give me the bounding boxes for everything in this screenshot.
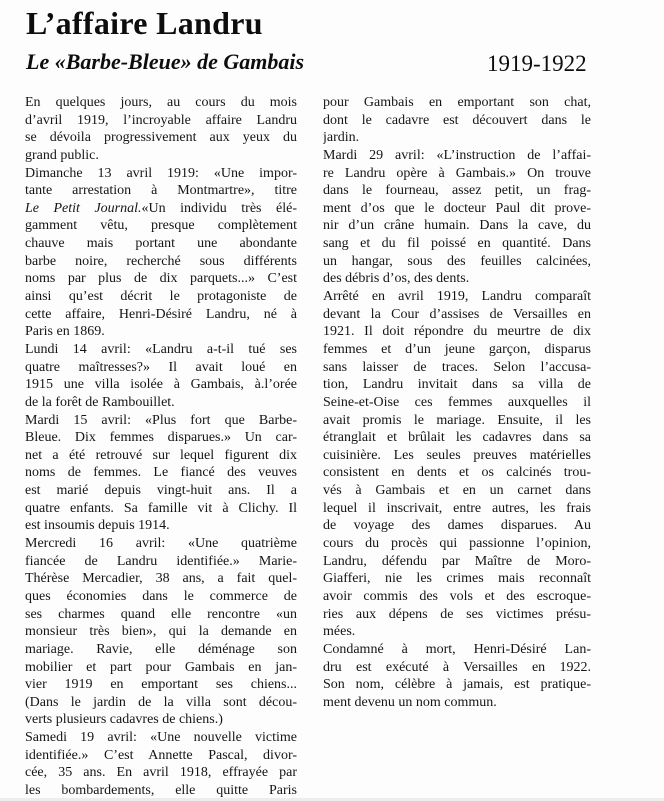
date-range: 1919-1922 bbox=[487, 51, 587, 77]
text-line: Giafferi, nie les crimes mais reconnaît bbox=[323, 570, 591, 588]
text-line: devant la Cour d’assises de Versailles e… bbox=[323, 306, 591, 324]
text-line: avait promis le mariage. Ensuite, il les bbox=[323, 412, 591, 430]
text-line: consistent en dents et os calcinés trou- bbox=[323, 464, 591, 482]
plain-text: «Un individu très élé- bbox=[142, 201, 297, 216]
text-line: les bombardements, elle quitte Paris bbox=[25, 782, 297, 800]
text-line: nir d’un crâne humain. Dans la cave, du bbox=[323, 217, 591, 235]
text-line: noms par plus de dix parquets...» C’est bbox=[25, 270, 297, 288]
text-line: Mardi 15 avril: «Plus fort que Barbe- bbox=[25, 412, 297, 430]
text-line: sang et du fil poissé en quantité. Dans bbox=[323, 235, 591, 253]
italic-text: Le Petit Journal. bbox=[25, 201, 142, 216]
text-line: Dimanche 13 avril 1919: «Une impor- bbox=[25, 165, 297, 183]
text-line: Mardi 29 avril: «L’instruction de l’affa… bbox=[323, 147, 591, 165]
text-line: 1915 une villa isolée à Gambais, à.l’oré… bbox=[25, 376, 297, 394]
text-line: re Landru opère à Gambais.» On trouve bbox=[323, 165, 591, 183]
text-line: cours du procès qui passionne l’opinion, bbox=[323, 535, 591, 553]
text-line: barbe noire, recherché sous différents bbox=[25, 253, 297, 271]
text-line: jardin. bbox=[323, 129, 591, 147]
text-line: vés à Gambais et en un carnet dans bbox=[323, 482, 591, 500]
text-line: Landru, défendu par Maître de Moro- bbox=[323, 553, 591, 571]
text-line: tion, Landru invitait dans sa villa de bbox=[323, 376, 591, 394]
text-line: fiancée de Landru identifiée.» Marie- bbox=[25, 553, 297, 571]
document-page: L’affaire Landru Le «Barbe-Bleue» de Gam… bbox=[0, 0, 664, 801]
text-line: est insoumis depuis 1914. bbox=[25, 517, 297, 535]
text-line: Bleue. Dix femmes disparues.» Un car- bbox=[25, 429, 297, 447]
text-line: quatre enfants. Sa famille vit à Clichy.… bbox=[25, 500, 297, 518]
article-body: En quelques jours, au cours du moisd’avr… bbox=[25, 94, 591, 800]
text-line: gamment vêtu, presque complètement bbox=[25, 217, 297, 235]
text-line: des débris d’os, des dents. bbox=[323, 270, 591, 288]
page-title: L’affaire Landru bbox=[26, 5, 263, 42]
text-line: avoir commis des vols et des escroque- bbox=[323, 588, 591, 606]
text-line: Mercredi 16 avril: «Une quatrième bbox=[25, 535, 297, 553]
text-line: verts plusieurs cadavres de chiens.) bbox=[25, 711, 297, 729]
text-line: dru est exécuté à Versailles en 1922. bbox=[323, 659, 591, 677]
text-line: Arrêté en avril 1919, Landru comparaît bbox=[323, 288, 591, 306]
text-line: cée, 35 ans. En avril 1918, effrayée par bbox=[25, 764, 297, 782]
text-line: vier 1919 en emportant ses chiens... bbox=[25, 676, 297, 694]
text-line: ries aux dépens de ses victimes présu- bbox=[323, 606, 591, 624]
text-line: ment devenu un nom commun. bbox=[323, 694, 591, 712]
text-line: est marié depuis vingt-huit ans. Il a bbox=[25, 482, 297, 500]
column-left: En quelques jours, au cours du moisd’avr… bbox=[25, 94, 297, 800]
text-line: mées. bbox=[323, 623, 591, 641]
page-subtitle: Le «Barbe-Bleue» de Gambais bbox=[26, 49, 304, 75]
text-line: grand public. bbox=[25, 147, 297, 165]
text-line: tante arrestation à Montmartre», titre bbox=[25, 182, 297, 200]
text-line: Son nom, célèbre à jamais, est pratique- bbox=[323, 676, 591, 694]
text-line: quatre maîtresses?» Il avait loué en bbox=[25, 359, 297, 377]
text-line: Le Petit Journal.«Un individu très élé- bbox=[25, 200, 297, 218]
text-line: mariage. Ravie, elle déménage son bbox=[25, 641, 297, 659]
text-line: monsieur très bien», qui la demande en bbox=[25, 623, 297, 641]
text-line: En quelques jours, au cours du mois bbox=[25, 94, 297, 112]
text-line: de voyage des dames disparues. Au bbox=[323, 517, 591, 535]
text-line: identifiée.» C’est Annette Pascal, divor… bbox=[25, 747, 297, 765]
text-line: femmes et d’un jeune garçon, disparus bbox=[323, 341, 591, 359]
text-line: ses charmes quand elle rencontre «un bbox=[25, 606, 297, 624]
text-line: ques économies dans le commerce de bbox=[25, 588, 297, 606]
text-line: ainsi qu’est décrit le protagoniste de bbox=[25, 288, 297, 306]
text-line: sans laisser de traces. Selon l’accusa- bbox=[323, 359, 591, 377]
text-line: dont le cadavre est découvert dans le bbox=[323, 112, 591, 130]
text-line: cette affaire, Henri-Désiré Landru, né à bbox=[25, 306, 297, 324]
text-line: dans le fourneau, assez petit, un frag- bbox=[323, 182, 591, 200]
text-line: Paris en 1869. bbox=[25, 323, 297, 341]
text-line: Thérèse Mercadier, 38 ans, a fait quel- bbox=[25, 570, 297, 588]
text-line: étranglait et brûlait les cadavres dans … bbox=[323, 429, 591, 447]
text-line: cuisinière. Les seules preuves matériell… bbox=[323, 447, 591, 465]
text-line: de la forêt de Rambouillet. bbox=[25, 394, 297, 412]
text-line: pour Gambais en emportant son chat, bbox=[323, 94, 591, 112]
text-line: lequel il inscrivait, entre autres, les … bbox=[323, 500, 591, 518]
text-line: net a été retrouvé sur lequel figurent d… bbox=[25, 447, 297, 465]
text-line: 1921. Il doit répondre du meurtre de dix bbox=[323, 323, 591, 341]
text-line: chauve mais portant une abondante bbox=[25, 235, 297, 253]
text-line: d’avril 1919, l’incroyable affaire Landr… bbox=[25, 112, 297, 130]
text-line: Condamné à mort, Henri-Désiré Lan- bbox=[323, 641, 591, 659]
text-line: se dévoila progressivement aux yeux du bbox=[25, 129, 297, 147]
text-line: mobilier et part pour Gambais en jan- bbox=[25, 659, 297, 677]
text-line: un hangar, sous des feuilles calcinées, bbox=[323, 253, 591, 271]
column-right: pour Gambais en emportant son chat,dont … bbox=[323, 94, 591, 800]
text-line: ment d’os que le docteur Paul dit prove- bbox=[323, 200, 591, 218]
text-line: noms de femmes. Le fiancé des veuves bbox=[25, 464, 297, 482]
text-line: Lundi 14 avril: «Landru a-t-il tué ses bbox=[25, 341, 297, 359]
text-line: Samedi 19 avril: «Une nouvelle victime bbox=[25, 729, 297, 747]
text-line: (Dans le jardin de la villa sont décou- bbox=[25, 694, 297, 712]
text-line: Seine-et-Oise ces femmes auxquelles il bbox=[323, 394, 591, 412]
